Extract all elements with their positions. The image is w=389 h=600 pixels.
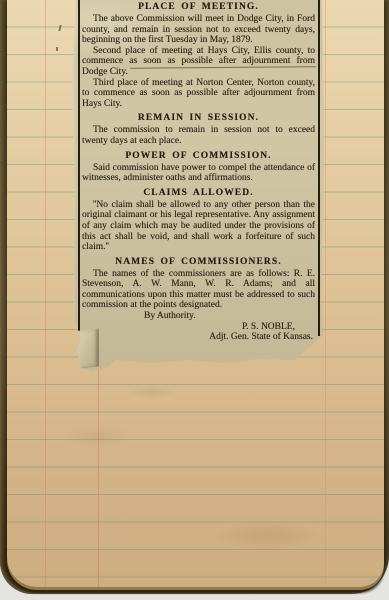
- section-heading: CLAIMS ALLOWED.: [82, 188, 315, 198]
- newspaper-clipping: PLACE OF MEETING.The above Commission wi…: [68, 0, 328, 372]
- section-paragraph: The above Commission will meet in Dodge …: [82, 14, 315, 46]
- section-heading: POWER OF COMMISSION.: [82, 151, 315, 161]
- scrapbook-photo: PLACE OF MEETING.The above Commission wi…: [0, 0, 389, 600]
- margin-line-right: [325, 0, 326, 587]
- clipping-sections: PLACE OF MEETING.The above Commission wi…: [82, 2, 315, 311]
- ledger-page: PLACE OF MEETING.The above Commission wi…: [7, 0, 384, 587]
- section-heading: REMAIN IN SESSION.: [82, 113, 315, 123]
- section-paragraph: ''No claim shall be allowed to any other…: [82, 200, 315, 253]
- by-authority-line: By Authority.: [82, 311, 315, 322]
- section-heading: NAMES OF COMMISSIONERS.: [82, 257, 315, 267]
- ink-mark: [56, 47, 58, 51]
- section-paragraph: Second place of meeting at Hays City, El…: [82, 46, 315, 78]
- section-paragraph: Third place of meeting at Norton Center,…: [82, 78, 315, 110]
- clipping-text: PLACE OF MEETING.The above Commission wi…: [82, 1, 315, 343]
- section-heading: PLACE OF MEETING.: [82, 2, 315, 12]
- section-paragraph: Said commission have power to compel the…: [82, 163, 315, 184]
- signatory-name: P. S. NOBLE,: [82, 322, 315, 333]
- column-rule-left: [78, 0, 80, 340]
- section-paragraph: The commission to remain in session not …: [82, 125, 315, 146]
- section-paragraph: The names of the commissioners are as fo…: [82, 269, 315, 311]
- column-rule-right: [318, 0, 320, 336]
- margin-line-left-inner: [45, 0, 46, 587]
- signatory-title: Adjt. Gen. State of Kansas.: [82, 332, 315, 343]
